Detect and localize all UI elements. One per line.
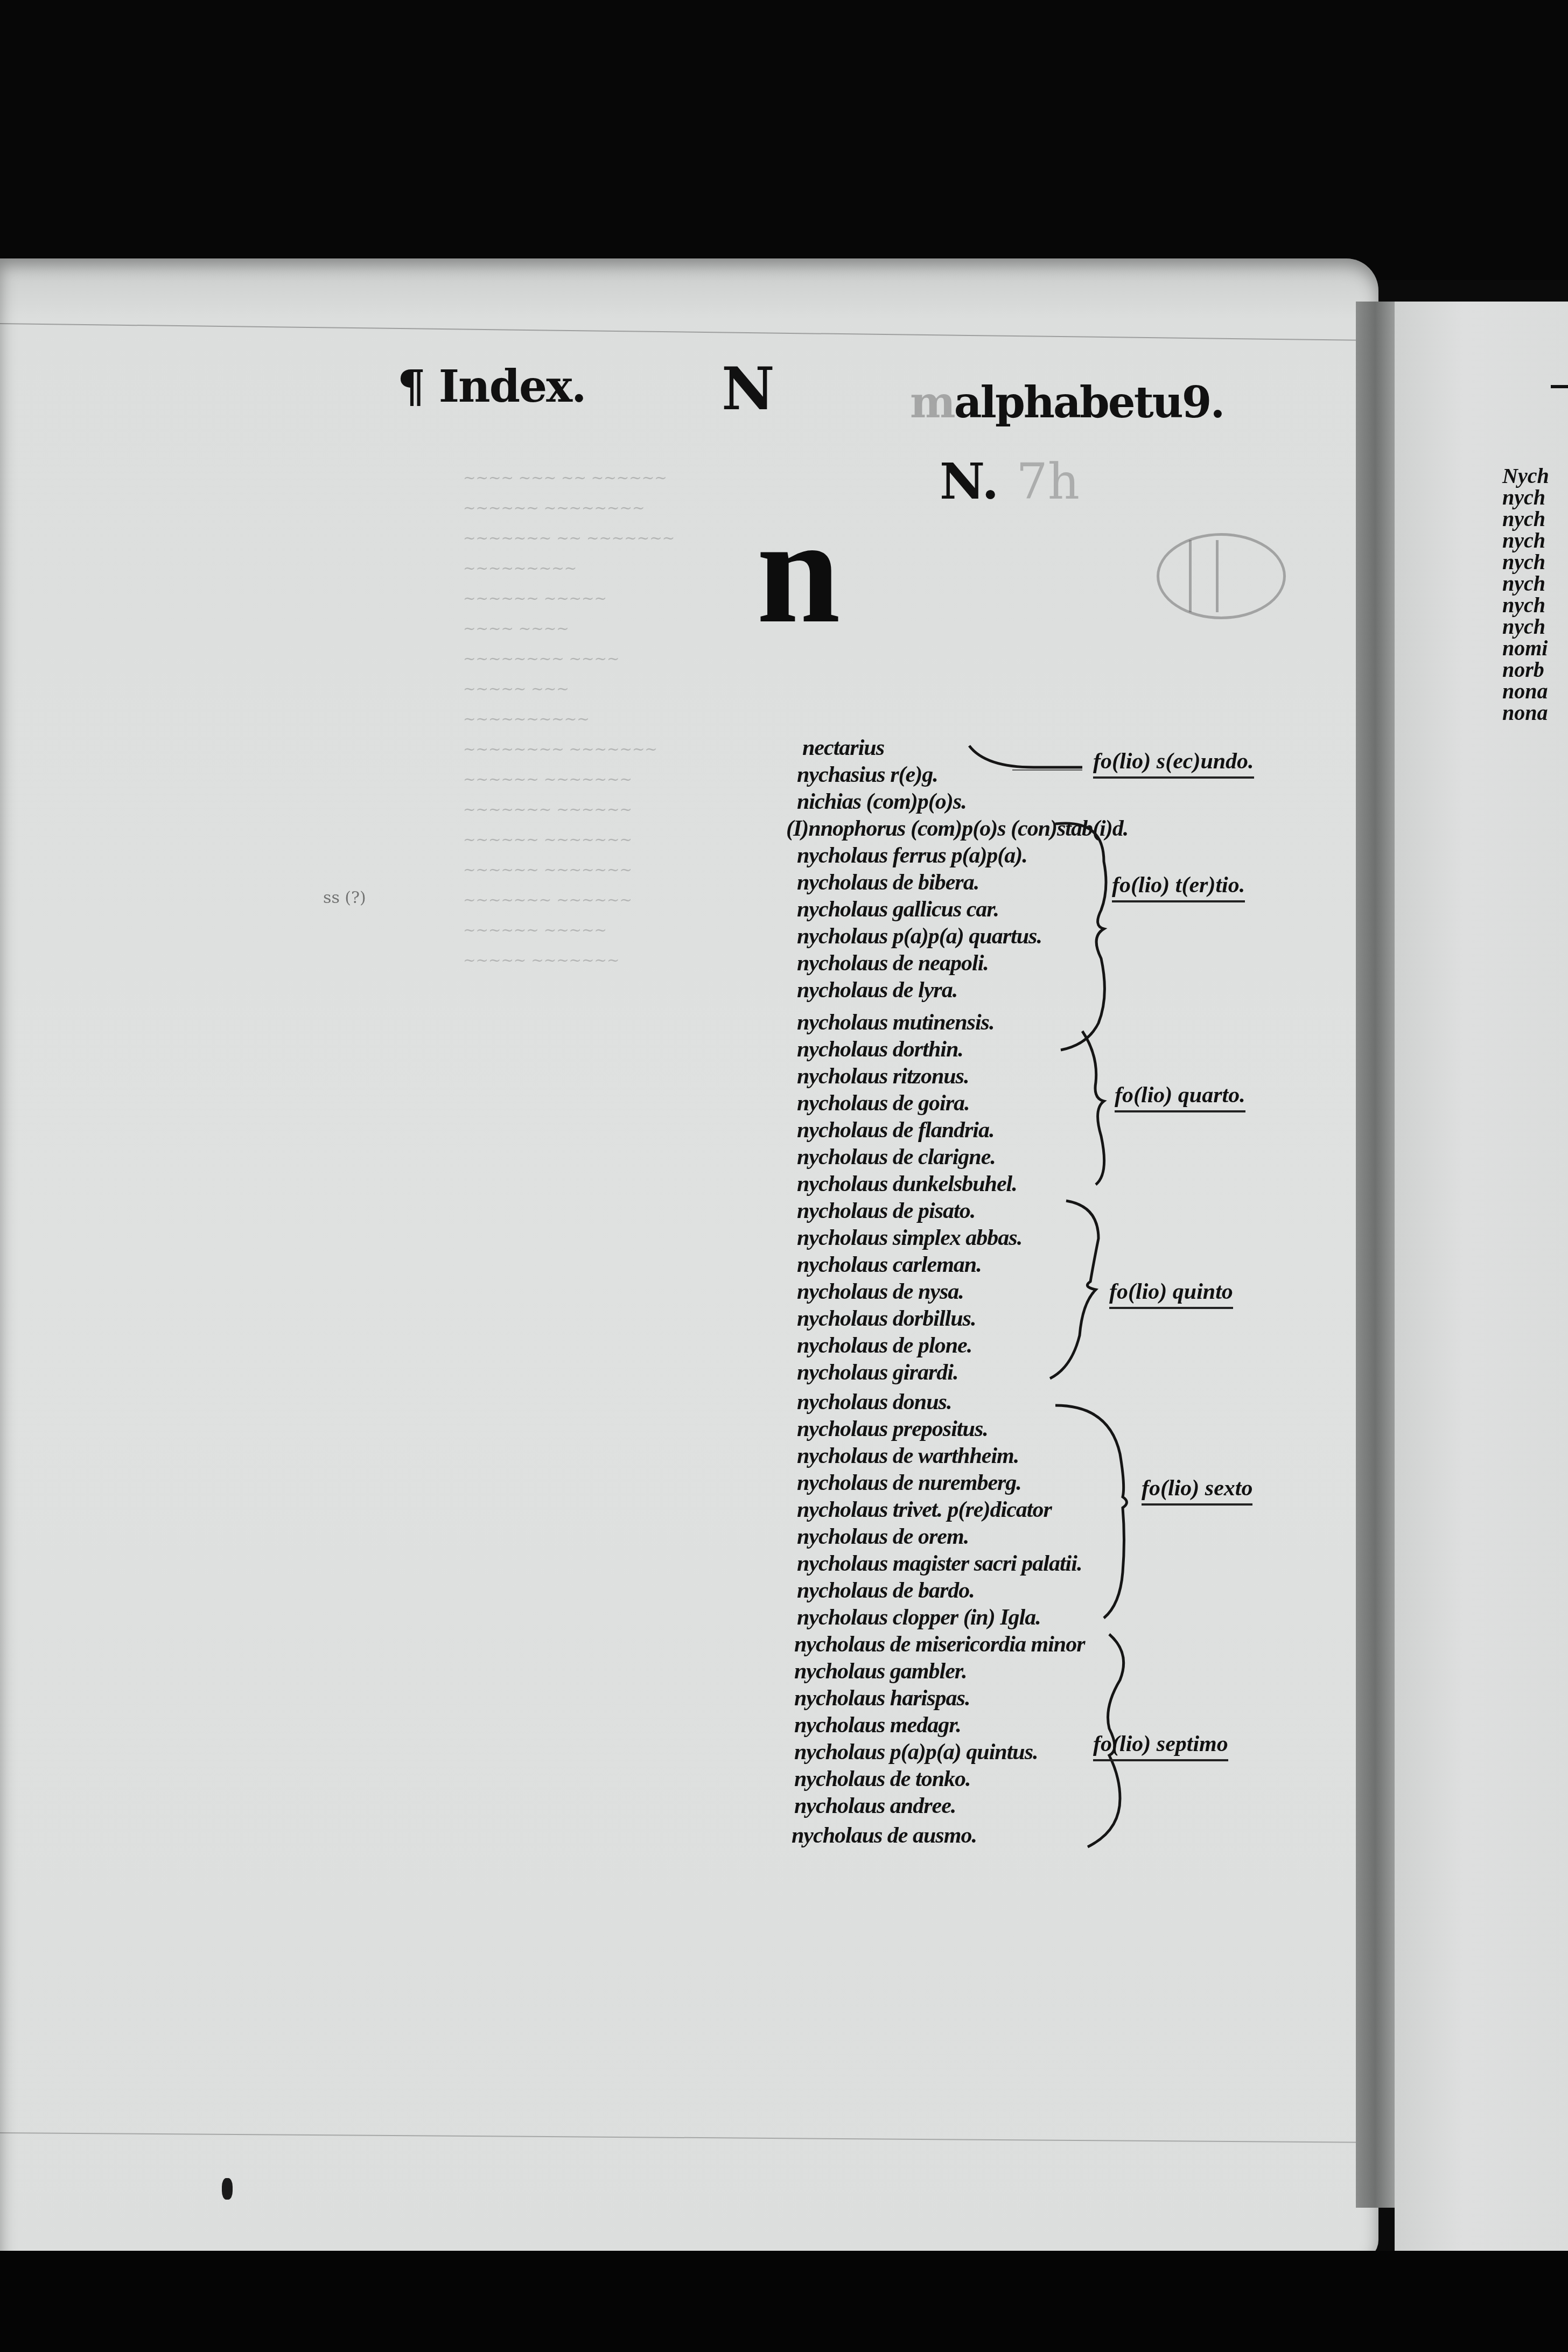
folio-ref-quarto: fo(lio) quarto. [1115,1082,1245,1112]
right-page-fragment: nona [1502,700,1548,725]
brace-folio-3 [1055,823,1106,1050]
folio-ref-sexto: fo(lio) sexto [1142,1475,1252,1506]
brace-folio-4 [1082,1031,1104,1185]
folio-ref-secundo: fo(lio) s(ec)undo. [1093,748,1254,779]
brace-folio-6 [1055,1405,1127,1618]
brace-folio-5 [1050,1201,1098,1378]
ink-blot [222,2178,233,2200]
brace-folio-2 [969,746,1082,767]
microfilm-bottom-shadow [0,2251,1568,2352]
folio-ref-tertio: fo(lio) t(er)tio. [1112,872,1245,902]
folio-ref-quinto: fo(lio) quinto [1109,1279,1233,1309]
folio-ref-septimo: fo(lio) septimo [1093,1731,1228,1761]
bracket-lines [0,0,1568,2352]
